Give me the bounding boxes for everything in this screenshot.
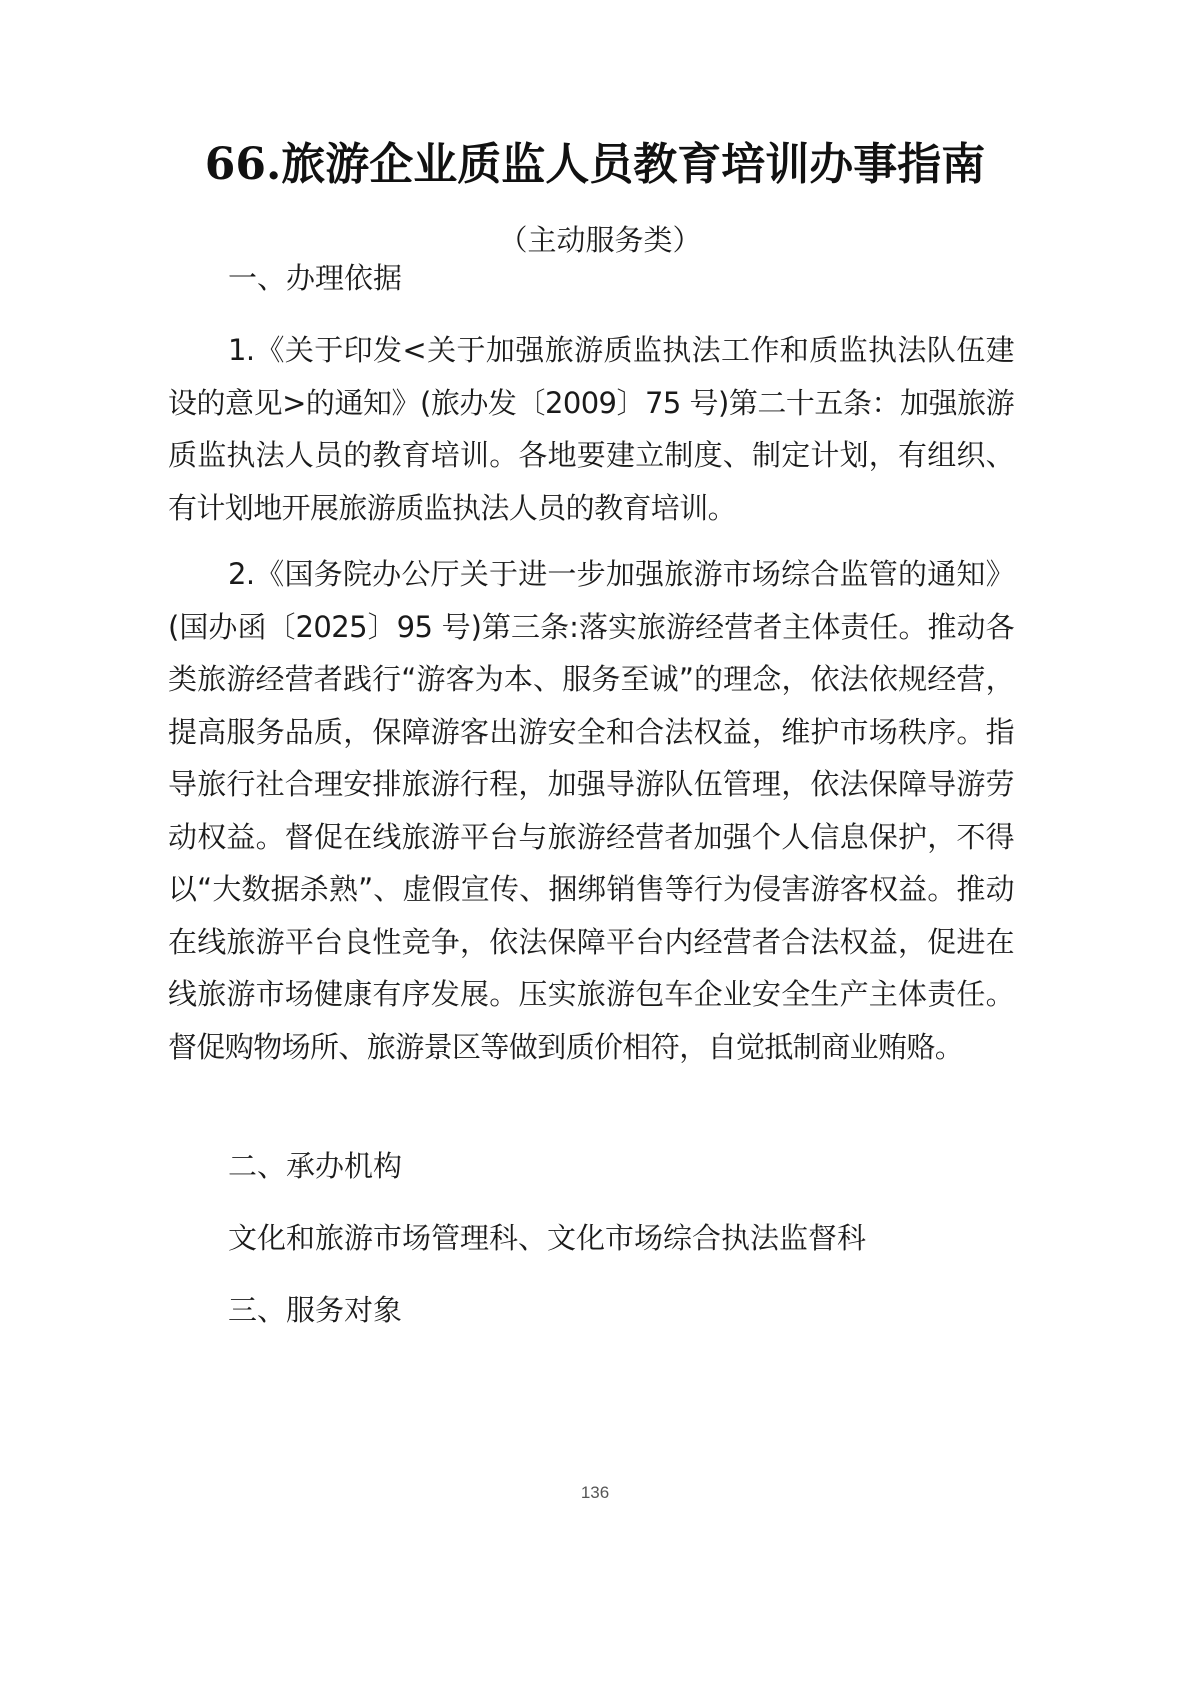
section-heading-basis: 一、办理依据 — [228, 258, 402, 298]
page-number: 136 — [0, 1483, 1190, 1503]
page-subtitle: （主动服务类） — [0, 220, 1190, 260]
organization-content: 文化和旅游市场管理科、文化市场综合执法监督科 — [228, 1218, 866, 1258]
basis-paragraph-1: 1.《关于印发<关于加强旅游质监执法工作和质监执法队伍建设的意见>的通知》(旅办… — [168, 324, 1014, 534]
basis-paragraph-2: 2.《国务院办公厅关于进一步加强旅游市场综合监管的通知》(国办函〔2025〕95… — [168, 548, 1014, 1073]
section-heading-service-target: 三、服务对象 — [228, 1290, 402, 1330]
document-page: 66.旅游企业质监人员教育培训办事指南 （主动服务类） 一、办理依据 1.《关于… — [0, 0, 1190, 1683]
section-heading-organization: 二、承办机构 — [228, 1146, 402, 1186]
page-title: 66.旅游企业质监人员教育培训办事指南 — [0, 137, 1190, 193]
